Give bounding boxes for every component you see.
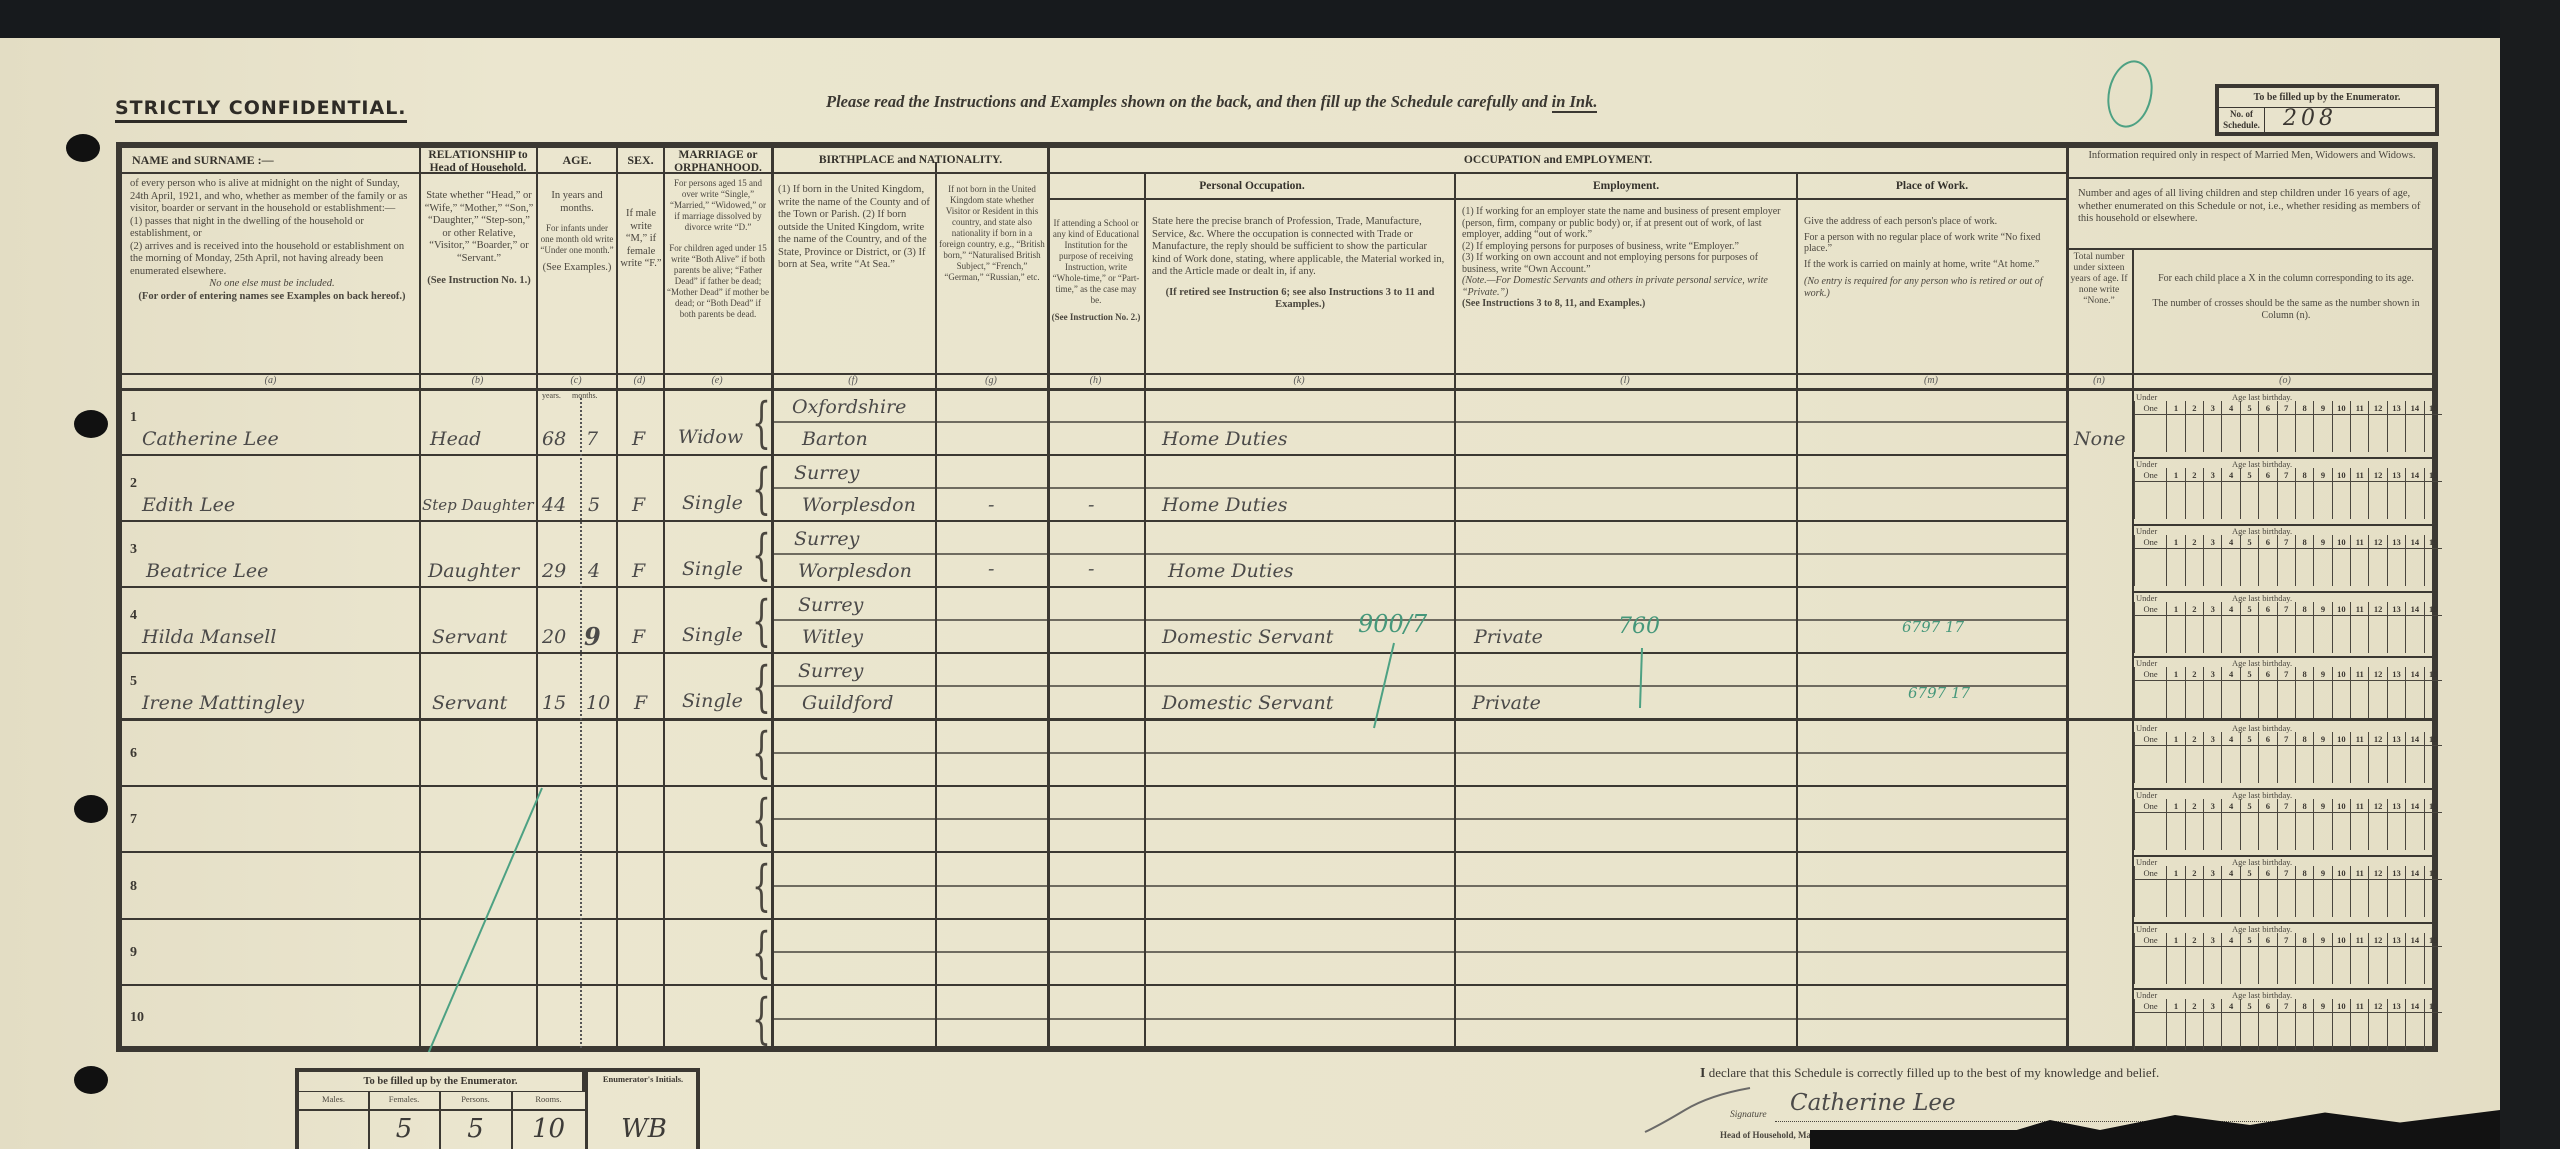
children-age-grid: Under Age last birthday. One123456789101…: [2134, 392, 2442, 454]
col-e-title: MARRIAGE or ORPHANHOOD.: [665, 149, 771, 175]
col-d-desc: If male write “M,” if female write “F.”: [620, 208, 662, 271]
rooms-count: 10: [512, 1114, 585, 1144]
col-k-title: Personal Occupation.: [1050, 180, 1454, 193]
children-age-grid: UnderAge last birthday. One1234567891011…: [2134, 857, 2442, 919]
age-years-cell: 29: [542, 560, 566, 582]
col-h-desc: If attending a School or any kind of Edu…: [1050, 218, 1142, 323]
age-months-cell: 5: [588, 494, 600, 516]
birth-town-cell: Guildford: [802, 692, 893, 714]
relationship-cell: Servant: [432, 692, 507, 714]
birth-town-cell: Barton: [802, 428, 868, 450]
col-l-desc: (1) If working for an employer state the…: [1462, 206, 1792, 310]
punch-hole: [74, 795, 108, 823]
children-age-grid: UnderAge last birthday. One1234567891011…: [2134, 526, 2442, 588]
census-table: NAME and SURNAME :— RELATIONSHIP to Head…: [116, 142, 2438, 1052]
children-age-grid: UnderAge last birthday. One1234567891011…: [2134, 658, 2442, 720]
birth-county-cell: Surrey: [794, 528, 859, 550]
householder-signature: Catherine Lee: [1790, 1090, 1956, 1116]
nationality-cell: -: [988, 494, 994, 516]
children-age-grid: UnderAge last birthday. One1234567891011…: [2134, 723, 2442, 785]
marriage-cell: Single: [682, 492, 743, 514]
col-c-desc: In years and months. For infants under o…: [540, 190, 614, 275]
sex-cell: F: [632, 494, 645, 516]
children-age-grid: UnderAge last birthday. One1234567891011…: [2134, 790, 2442, 852]
punch-hole: [74, 410, 108, 438]
age-months-cell: 4: [588, 560, 600, 582]
col-l-title: Employment.: [1456, 180, 1796, 193]
col-e-desc: For persons aged 15 and over write “Sing…: [667, 178, 769, 320]
children-age-grid: UnderAge last birthday. One1234567891011…: [2134, 459, 2442, 521]
col-o-desc: For each child place a X in the column c…: [2146, 273, 2426, 323]
col-f-group-title: BIRTHPLACE and NATIONALITY.: [774, 154, 1047, 167]
marriage-cell: Single: [682, 624, 743, 646]
declaration-text: I declare that this Schedule is correctl…: [1700, 1065, 2159, 1082]
relationship-cell: Head: [430, 428, 481, 450]
col-b-title: RELATIONSHIP to Head of Household.: [421, 149, 535, 175]
col-c-title: AGE.: [538, 154, 616, 167]
occupation-cell: Home Duties: [1162, 428, 1288, 450]
sex-cell: F: [634, 692, 647, 714]
schedule-number-box: To be filled up by the Enumerator. No. o…: [2215, 84, 2439, 136]
females-count: 5: [369, 1114, 439, 1144]
relationship-cell: Daughter: [428, 560, 519, 582]
children-age-grid: UnderAge last birthday. One1234567891011…: [2134, 924, 2442, 986]
punch-hole: [66, 134, 100, 162]
schedule-number: 208: [2283, 106, 2337, 131]
age-years-cell: 44: [542, 494, 566, 516]
col-a-title: NAME and SURNAME :—: [122, 154, 322, 167]
occupation-cell: Domestic Servant: [1162, 692, 1333, 714]
name-cell: Irene Mattingley: [142, 692, 304, 714]
instruction-line: Please read the Instructions and Example…: [826, 92, 1597, 112]
employment-code: 760: [1618, 614, 1660, 639]
occupation-cell: Domestic Servant: [1162, 626, 1333, 648]
birth-town-cell: Worplesdon: [802, 494, 916, 516]
enumerator-summary-box: To be filled up by the Enumerator. Enume…: [295, 1068, 700, 1149]
relationship-cell: Step Daughter: [422, 496, 534, 514]
employment-cell: Private: [1472, 692, 1541, 714]
birth-county-cell: Surrey: [798, 594, 863, 616]
married-group-desc: Number and ages of all living children a…: [2078, 188, 2428, 226]
name-cell: Beatrice Lee: [146, 560, 268, 582]
birth-county-cell: Surrey: [794, 462, 859, 484]
place-code: 6797 17: [1902, 618, 1964, 636]
col-m-desc: Give the address of each person's place …: [1804, 216, 2062, 299]
col-n-desc: Total number under sixteen years of age.…: [2068, 252, 2130, 307]
birth-county-cell: Surrey: [798, 660, 863, 682]
education-cell: -: [1088, 558, 1094, 580]
birth-town-cell: Worplesdon: [798, 560, 912, 582]
age-months-cell: 9: [584, 622, 601, 651]
name-cell: Catherine Lee: [142, 428, 279, 450]
col-m-title: Place of Work.: [1798, 180, 2066, 193]
place-code: 6797 17: [1908, 684, 1970, 702]
confidential-title: STRICTLY CONFIDENTIAL.: [115, 97, 407, 123]
occupation-code: 900/7: [1358, 610, 1427, 638]
persons-count: 5: [440, 1114, 511, 1144]
birth-county-cell: Oxfordshire: [792, 396, 906, 418]
sex-cell: F: [632, 560, 645, 582]
marriage-cell: Widow: [678, 426, 743, 448]
col-g-desc: If not born in the United Kingdom state …: [938, 184, 1046, 283]
age-months-cell: 10: [586, 692, 610, 714]
age-years-cell: 15: [542, 692, 566, 714]
marriage-cell: Single: [682, 690, 743, 712]
col-b-desc: State whether “Head,” or “Wife,” “Mother…: [424, 190, 534, 288]
col-f-desc: (1) If born in the United Kingdom, write…: [778, 184, 932, 272]
children-age-grid: UnderAge last birthday. One1234567891011…: [2134, 593, 2442, 655]
age-months-cell: 7: [586, 428, 598, 450]
employment-cell: Private: [1474, 626, 1543, 648]
col-d-title: SEX.: [618, 154, 663, 167]
scan-frame-top: [0, 0, 2560, 40]
occupation-cell: Home Duties: [1162, 494, 1288, 516]
birth-town-cell: Witley: [802, 626, 863, 648]
col-a-desc: of every person who is alive at midnight…: [130, 178, 414, 303]
children-total-cell: None: [2074, 428, 2126, 450]
married-group-title: Information required only in respect of …: [2072, 150, 2432, 163]
occupation-group-title: OCCUPATION and EMPLOYMENT.: [1050, 154, 2066, 167]
age-years-cell: 20: [542, 626, 566, 648]
children-age-grid: UnderAge last birthday. One1234567891011…: [2134, 990, 2442, 1052]
nationality-cell: -: [988, 558, 994, 580]
col-k-desc: State here the precise branch of Profess…: [1152, 216, 1448, 312]
punch-hole: [74, 1066, 108, 1094]
education-cell: -: [1088, 494, 1094, 516]
age-years-cell: 68: [542, 428, 566, 450]
scan-frame-right: [2500, 0, 2560, 1149]
marriage-cell: Single: [682, 558, 743, 580]
name-cell: Hilda Mansell: [142, 626, 276, 648]
relationship-cell: Servant: [432, 626, 507, 648]
enumerator-initials: WB: [589, 1114, 699, 1144]
sex-cell: F: [632, 428, 645, 450]
name-cell: Edith Lee: [142, 494, 235, 516]
occupation-cell: Home Duties: [1168, 560, 1294, 582]
sex-cell: F: [632, 626, 645, 648]
